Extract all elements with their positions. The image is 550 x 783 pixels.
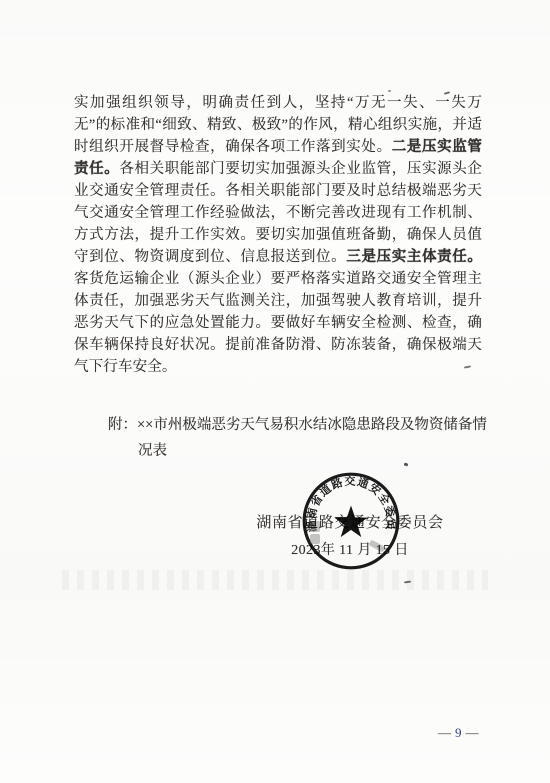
- body-paragraph: 实加强组织领导，明确责任到人，坚持“万无一失、一失万无”的标准和“细致、精致、极…: [74, 92, 482, 378]
- text-run: 客货危运输企业（源头企业）要严格落实道路交通安全管理主体责任，加强恶劣天气监测关…: [74, 271, 482, 375]
- page-number: —9—: [438, 725, 480, 741]
- scan-speck: [404, 462, 409, 466]
- scan-artifact-band: [62, 570, 488, 590]
- page-number-dash-left: —: [438, 725, 452, 740]
- bold-heading-run: 三是压实主体责任。: [346, 249, 482, 265]
- page-number-dash-right: —: [466, 725, 480, 740]
- official-seal: 湖南省道路交通安全委员会: [301, 471, 401, 571]
- attachment-note: 附：××市州极端恶劣天气易积水结冰隐患路段及物资储备情况表: [74, 412, 490, 464]
- scanned-document-page: 实加强组织领导，明确责任到人，坚持“万无一失、一失万无”的标准和“细致、精致、极…: [0, 0, 550, 783]
- scan-speck: [388, 90, 391, 92]
- page-number-value: 9: [452, 725, 466, 740]
- seal-star: [334, 506, 367, 538]
